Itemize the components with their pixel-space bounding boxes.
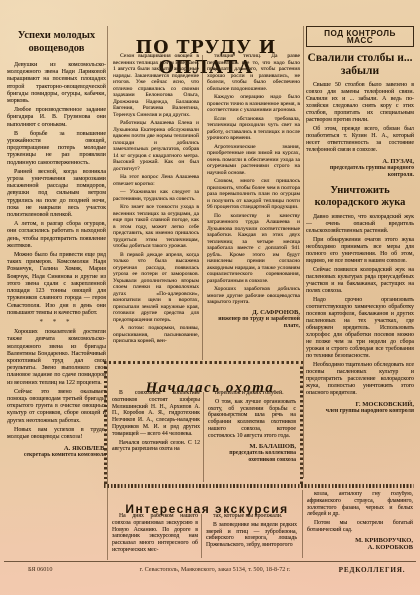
- imprint-code: БЯ 06010: [28, 566, 53, 573]
- main-article-col2-body: тиляция теплиц. Да разве перечислишь все…: [207, 53, 300, 306]
- newspaper-page: Успехи молодых овощеводов Девушки из ком…: [0, 0, 420, 595]
- imprint-address: г. Севастополь, Маяковского, заказ 5134,…: [110, 566, 320, 573]
- left-article: Успехи молодых овощеводов Девушки из ком…: [7, 30, 106, 535]
- paragraph: Потом мы осмотрели богатый ботанический …: [307, 520, 413, 534]
- excursion-col1: На днях рабочком нашего совхоза организо…: [112, 513, 198, 559]
- control-section: ПОД КОНТРОЛЬ МАСС Свалили столбы и... за…: [306, 26, 414, 480]
- paragraph: Хороших заработков добились многие други…: [207, 286, 300, 306]
- paragraph: В борьбе за повышение урожайности овощей…: [7, 131, 106, 167]
- paragraph: В заповеднике мы видели редких зверей и …: [206, 522, 297, 549]
- control-article1-signature-role: председатель группы народного контроля.: [306, 165, 414, 179]
- paragraph: При обнаружении очагов этого жука необхо…: [306, 237, 414, 265]
- ornament-divider: * * *: [7, 319, 106, 326]
- hunt-article-col2: перепелок и диких голубей.О том, как луч…: [208, 390, 296, 484]
- main-article-col1: Сезон выращивания овощей в весенних тепл…: [113, 53, 199, 362]
- column-rule-mid: [202, 55, 203, 360]
- paragraph: Хороших показателей достигли также девча…: [7, 329, 106, 387]
- control-article2-body: Давно известно, что колорадский жук — оч…: [306, 214, 414, 397]
- column-rule-left: [107, 26, 108, 560]
- wavy-divider-top: [104, 361, 303, 364]
- paragraph: Любое производственное задание бригадира…: [7, 107, 106, 129]
- paragraph: Если обстановка требовала, тепличницы пр…: [207, 116, 300, 142]
- paragraph: В совхозном коллективе охотников состоят…: [112, 390, 200, 438]
- paragraph: тиляция теплиц. Да разве перечислишь все…: [207, 53, 300, 92]
- imprint-editorial-board: РЕДКОЛЛЕГИЯ.: [330, 566, 414, 574]
- paragraph: Необходимо тщательно обследовать все пос…: [306, 362, 414, 397]
- control-article1-signature: А. ПУЗАЧ,: [306, 158, 414, 165]
- paragraph: На этот вопрос Лена Алашеева отвечает ко…: [113, 174, 199, 187]
- paragraph: Сейчас появился колорадский жук на пасле…: [306, 267, 414, 295]
- control-article1-body: Свыше 50 столбов было завезено в совхоз …: [306, 82, 414, 154]
- left-article-signature: А. ЯКОВЛЕВ,: [7, 445, 106, 452]
- paragraph: Новых вам успехов в труде, молодые овоще…: [7, 427, 106, 441]
- paragraph: перепелок и диких голубей.: [208, 390, 296, 397]
- excursion-col3-body: козла, антилопу гну голубую, африканског…: [307, 491, 413, 534]
- paragraph: Об этом, прежде всего, обязан был позабо…: [306, 126, 414, 154]
- left-article-body-2: Хороших показателей достигли также девча…: [7, 329, 106, 441]
- paragraph: Девушки из комсомольско-молодежного звен…: [7, 62, 106, 105]
- left-article-body-1: Девушки из комсомольско-молодежного звен…: [7, 62, 106, 317]
- control-article2-signature-role: член группы народного контроля: [306, 408, 414, 415]
- paragraph: О том, как лучше организовать охоту, об …: [208, 399, 296, 440]
- paragraph: Кто знает все тонкости ухода в весенних …: [113, 204, 199, 250]
- paragraph: Надо срочно организовать соответствующую…: [306, 297, 414, 360]
- paragraph: Можно было бы привести еще ряд таких при…: [7, 252, 106, 317]
- dotted-divider: [104, 484, 414, 488]
- excursion-signature-2: А. КОРОБКОВ: [307, 545, 413, 552]
- control-rubric: ПОД КОНТРОЛЬ МАСС: [306, 26, 414, 47]
- control-article2-signature: Г. МОСКОВСКИЙ,: [306, 401, 414, 408]
- hunt-column-rule: [203, 392, 204, 482]
- hunt-article-col2-body: перепелок и диких голубей.О том, как луч…: [208, 390, 296, 440]
- paragraph: В первой декаде апреля, когда только что…: [113, 252, 199, 324]
- excursion-col2: тах, которые мы проезжали.В заповеднике …: [206, 513, 297, 559]
- wavy-border-left: [104, 364, 107, 484]
- hunt-article-signature-role: председатель коллектива охотников совхоз…: [208, 450, 296, 464]
- paragraph: — Ухаживали как следует за растениями, т…: [113, 189, 199, 202]
- left-article-title: Успехи молодых овощеводов: [7, 30, 106, 55]
- paragraph: По количеству и качеству затраченного тр…: [207, 213, 300, 285]
- paragraph: Начался охотничий сезон. С 12 августа ра…: [112, 440, 200, 454]
- paragraph: Агротехнические знания, приобретенные им…: [207, 144, 300, 177]
- control-article1-title: Свалили столбы и... забыли: [306, 52, 414, 77]
- excursion-rule-1: [201, 514, 202, 558]
- excursion-rule-2: [302, 490, 303, 558]
- control-article2-title: Уничтожить колорадского жука: [306, 185, 414, 209]
- paragraph: Свыше 50 столбов было завезено в совхоз …: [306, 82, 414, 124]
- paragraph: А потом: подкормки, поливы, опрыскивания…: [113, 325, 199, 345]
- paragraph: Сейчас это звено оказывает помощь овощев…: [7, 389, 106, 425]
- footer-rule: [4, 561, 416, 562]
- paragraph: Ранней весной, когда возникла угроза уни…: [7, 169, 106, 219]
- wavy-border-right: [300, 364, 303, 484]
- paragraph: Словом, много сил пришлось приложить, чт…: [207, 178, 300, 211]
- paragraph: козла, антилопу гну голубую, африканског…: [307, 491, 413, 518]
- paragraph: На днях рабочком нашего совхоза организо…: [112, 513, 198, 554]
- main-article-signature-role: инженер по труду и заработной плате,: [207, 316, 300, 330]
- hunt-article-signature: М. БАЛАШОВ,: [208, 444, 296, 451]
- main-article-col2: тиляция теплиц. Да разве перечислишь все…: [207, 53, 300, 364]
- paragraph: А летом, в разгар сбора огурцов, они сог…: [7, 221, 106, 250]
- paragraph: Работницы Алашеева Елена и Лукьянова Ека…: [113, 120, 199, 172]
- paragraph: тах, которые мы проезжали.: [206, 513, 297, 520]
- paragraph: Каждую операцию надо было провести точно…: [207, 94, 300, 114]
- paragraph: Сезон выращивания овощей в весенних тепл…: [113, 53, 199, 118]
- left-article-signature-role: секретарь комитета комсомола: [7, 452, 106, 459]
- excursion-col3: козла, антилопу гну голубую, африканског…: [307, 491, 413, 559]
- column-rule-right: [303, 26, 304, 478]
- paragraph: Давно известно, что колорадский жук — оч…: [306, 214, 414, 235]
- hunt-article-col1: В совхозном коллективе охотников состоят…: [112, 390, 200, 484]
